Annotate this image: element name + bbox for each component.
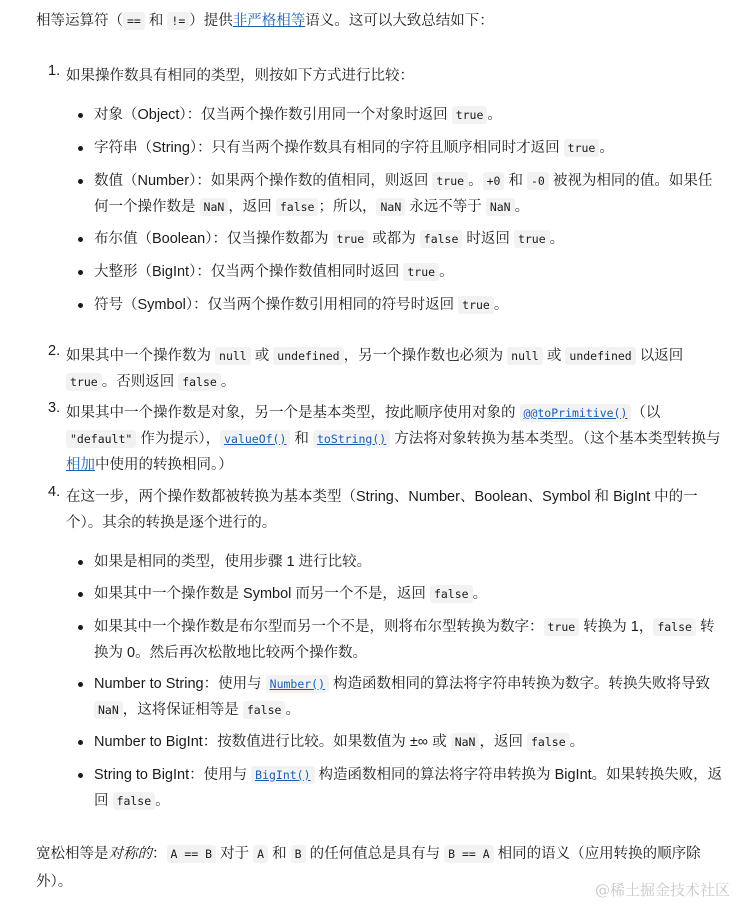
text: 大整形（BigInt）：仅当两个操作数值相同时返回: [94, 264, 403, 280]
step-1: 1. 如果操作数具有相同的类型，则按如下方式进行比较：: [48, 63, 728, 89]
step-number: 4.: [48, 484, 60, 500]
text: Number to String：使用与: [94, 676, 266, 692]
text: 布尔值（Boolean）：仅当操作数都为: [94, 231, 333, 247]
code: true: [66, 373, 102, 391]
link-number[interactable]: Number(): [266, 676, 329, 692]
text: 数值（Number）：如果两个操作数的值相同，则返回: [94, 173, 432, 189]
text: 对于: [216, 846, 253, 862]
bullet-icon: [78, 625, 83, 630]
text: 作为提示），: [136, 431, 220, 447]
step-number: 3.: [48, 400, 60, 416]
code[interactable]: toString(): [313, 430, 390, 448]
code: undefined: [565, 347, 635, 365]
text: 相等运算符（: [36, 13, 123, 29]
text: 和: [290, 431, 313, 447]
code[interactable]: valueOf(): [220, 430, 290, 448]
code: A: [253, 845, 268, 863]
code: true: [333, 230, 369, 248]
step-4: 4. 在这一步，两个操作数都被转换为基本类型（String、Number、Boo…: [48, 484, 728, 536]
text: 如果其中一个操作数为: [66, 348, 215, 364]
link-bigint[interactable]: BigInt(): [251, 767, 314, 783]
text: 。: [439, 264, 454, 280]
text: 或: [543, 348, 566, 364]
text: 对象（Object）：仅当两个操作数引用同一个对象时返回: [94, 107, 452, 123]
code: true: [458, 296, 494, 314]
text: 如果其中一个操作数是布尔型而另一个不是，则将布尔型转换为数字：: [94, 619, 544, 635]
watermark: @稀土掘金技术社区: [595, 879, 730, 900]
text: ，返回: [479, 734, 527, 750]
text: 的任何值总是具有与: [306, 846, 445, 862]
text: 。: [155, 793, 170, 809]
intro-paragraph: 相等运算符（== 和 !=）提供非严格相等语义。这可以大致总结如下：: [36, 8, 494, 34]
text: 如果其中一个操作数是 Symbol 而另一个不是，返回: [94, 586, 430, 602]
bullet-icon: [78, 773, 83, 778]
link-addition[interactable]: 相加: [66, 457, 95, 473]
text: ）提供: [189, 13, 233, 29]
code: null: [215, 347, 251, 365]
code: null: [507, 347, 543, 365]
bullet-icon: [78, 560, 83, 565]
code: -0: [527, 172, 549, 190]
code: true: [432, 172, 468, 190]
text: ，另一个操作数也必须为: [344, 348, 508, 364]
text: （以: [631, 405, 660, 421]
link-to-primitive[interactable]: @@toPrimitive(): [520, 405, 632, 421]
bullet-boolean-convert: 如果其中一个操作数是布尔型而另一个不是，则将布尔型转换为数字：true 转换为 …: [76, 614, 726, 666]
code: false: [113, 792, 156, 810]
text: 和: [268, 846, 291, 862]
code-eq: ==: [123, 12, 145, 30]
text: 。: [570, 734, 585, 750]
text: 。否则返回: [102, 374, 179, 390]
text: 或都为: [368, 231, 420, 247]
code: NaN: [200, 198, 229, 216]
code-neq: !=: [167, 12, 189, 30]
code: B == A: [444, 845, 494, 863]
step-2: 2. 如果其中一个操作数为 null 或 undefined，另一个操作数也必须…: [48, 343, 728, 395]
text: 或: [251, 348, 274, 364]
bullet-number-to-bigint: Number to BigInt：按数值进行比较。如果数值为 ±∞ 或 NaN，…: [76, 729, 726, 755]
text: 。: [494, 297, 509, 313]
step-text: 如果其中一个操作数为 null 或 undefined，另一个操作数也必须为 n…: [48, 343, 728, 395]
code: true: [544, 618, 580, 636]
text: 。: [515, 199, 530, 215]
emphasis: 对称的: [109, 846, 153, 862]
bullet-icon: [78, 237, 83, 242]
code: false: [276, 198, 319, 216]
text: ，返回: [228, 199, 276, 215]
text: 。: [599, 140, 614, 156]
text: 中使用的转换相同。）: [95, 457, 233, 473]
link-value-of[interactable]: valueOf(): [220, 431, 290, 447]
code: +0: [483, 172, 505, 190]
text: String to BigInt：使用与: [94, 767, 251, 783]
text: ：: [152, 846, 167, 862]
bullet-icon: [78, 113, 83, 118]
code: "default": [66, 430, 136, 448]
code: true: [564, 139, 600, 157]
bullet-icon: [78, 740, 83, 745]
code: false: [243, 701, 286, 719]
code: undefined: [273, 347, 343, 365]
text: 时返回: [462, 231, 514, 247]
text: 。: [473, 586, 488, 602]
step-number: 2.: [48, 343, 60, 359]
code: false: [430, 585, 473, 603]
text: 和: [504, 173, 527, 189]
code: true: [452, 106, 488, 124]
bullet-number-to-string: Number to String：使用与 Number() 构造函数相同的算法将…: [76, 671, 726, 723]
bullet-bigint: 大整形（BigInt）：仅当两个操作数值相同时返回 true。: [76, 259, 726, 285]
text: 。: [221, 374, 236, 390]
text: 。: [550, 231, 565, 247]
link-to-string[interactable]: toString(): [313, 431, 390, 447]
text: 符号（Symbol）：仅当两个操作数引用相同的符号时返回: [94, 297, 458, 313]
step-text: 在这一步，两个操作数都被转换为基本类型（String、Number、Boolea…: [48, 484, 728, 536]
bullet-object: 对象（Object）：仅当两个操作数引用同一个对象时返回 true。: [76, 102, 726, 128]
code: NaN: [94, 701, 123, 719]
bullet-icon: [78, 592, 83, 597]
text: 转换为 1，: [579, 619, 653, 635]
text: 如果其中一个操作数是对象，另一个是基本类型，按此顺序使用对象的: [66, 405, 520, 421]
code: A == B: [167, 845, 217, 863]
text: 。: [468, 173, 483, 189]
text: 语义。这可以大致总结如下：: [305, 13, 494, 29]
code: NaN: [486, 198, 515, 216]
bullet-number: 数值（Number）：如果两个操作数的值相同，则返回 true。+0 和 -0 …: [76, 168, 726, 220]
step-3: 3. 如果其中一个操作数是对象，另一个是基本类型，按此顺序使用对象的 @@toP…: [48, 400, 728, 478]
text: 宽松相等是: [36, 846, 109, 862]
code: false: [178, 373, 221, 391]
code[interactable]: Number(): [266, 675, 329, 693]
bullet-icon: [78, 270, 83, 275]
bullet-icon: [78, 303, 83, 308]
code: B: [291, 845, 306, 863]
step-number: 1.: [48, 63, 60, 79]
text: 如果是相同的类型，使用步骤 1 进行比较。: [94, 554, 371, 570]
text: Number to BigInt：按数值进行比较。如果数值为 ±∞ 或: [94, 734, 451, 750]
text: 以返回: [636, 348, 684, 364]
text: 永远不等于: [405, 199, 486, 215]
bullet-symbol: 符号（Symbol）：仅当两个操作数引用相同的符号时返回 true。: [76, 292, 726, 318]
code: false: [420, 230, 463, 248]
code: true: [514, 230, 550, 248]
bullet-icon: [78, 146, 83, 151]
code[interactable]: BigInt(): [251, 766, 314, 784]
code: false: [653, 618, 696, 636]
text: ；所以，: [318, 199, 376, 215]
text: 方法将对象转换为基本类型。（这个基本类型转换与: [390, 431, 720, 447]
bullet-string: 字符串（String）：只有当两个操作数具有相同的字符且顺序相同时才返回 tru…: [76, 135, 726, 161]
code[interactable]: @@toPrimitive(): [520, 404, 632, 422]
code: true: [403, 263, 439, 281]
text: 字符串（String）：只有当两个操作数具有相同的字符且顺序相同时才返回: [94, 140, 564, 156]
text: 和: [145, 13, 168, 29]
text: 。: [487, 107, 502, 123]
bullet-icon: [78, 179, 83, 184]
step-text: 如果操作数具有相同的类型，则按如下方式进行比较：: [48, 63, 728, 89]
link-loose-equality[interactable]: 非严格相等: [233, 13, 306, 29]
step-text: 如果其中一个操作数是对象，另一个是基本类型，按此顺序使用对象的 @@toPrim…: [48, 400, 728, 478]
bullet-same-type: 如果是相同的类型，使用步骤 1 进行比较。: [76, 549, 726, 575]
bullet-string-to-bigint: String to BigInt：使用与 BigInt() 构造函数相同的算法将…: [76, 762, 726, 814]
bullet-icon: [78, 682, 83, 687]
code: NaN: [376, 198, 405, 216]
bullet-symbol-other: 如果其中一个操作数是 Symbol 而另一个不是，返回 false。: [76, 581, 726, 607]
bullet-boolean: 布尔值（Boolean）：仅当操作数都为 true 或都为 false 时返回 …: [76, 226, 726, 252]
text: ，这将保证相等是: [123, 702, 243, 718]
code: false: [527, 733, 570, 751]
text: 。: [285, 702, 300, 718]
code: NaN: [451, 733, 480, 751]
text: 构造函数相同的算法将字符串转换为数字。转换失败将导致: [329, 676, 710, 692]
